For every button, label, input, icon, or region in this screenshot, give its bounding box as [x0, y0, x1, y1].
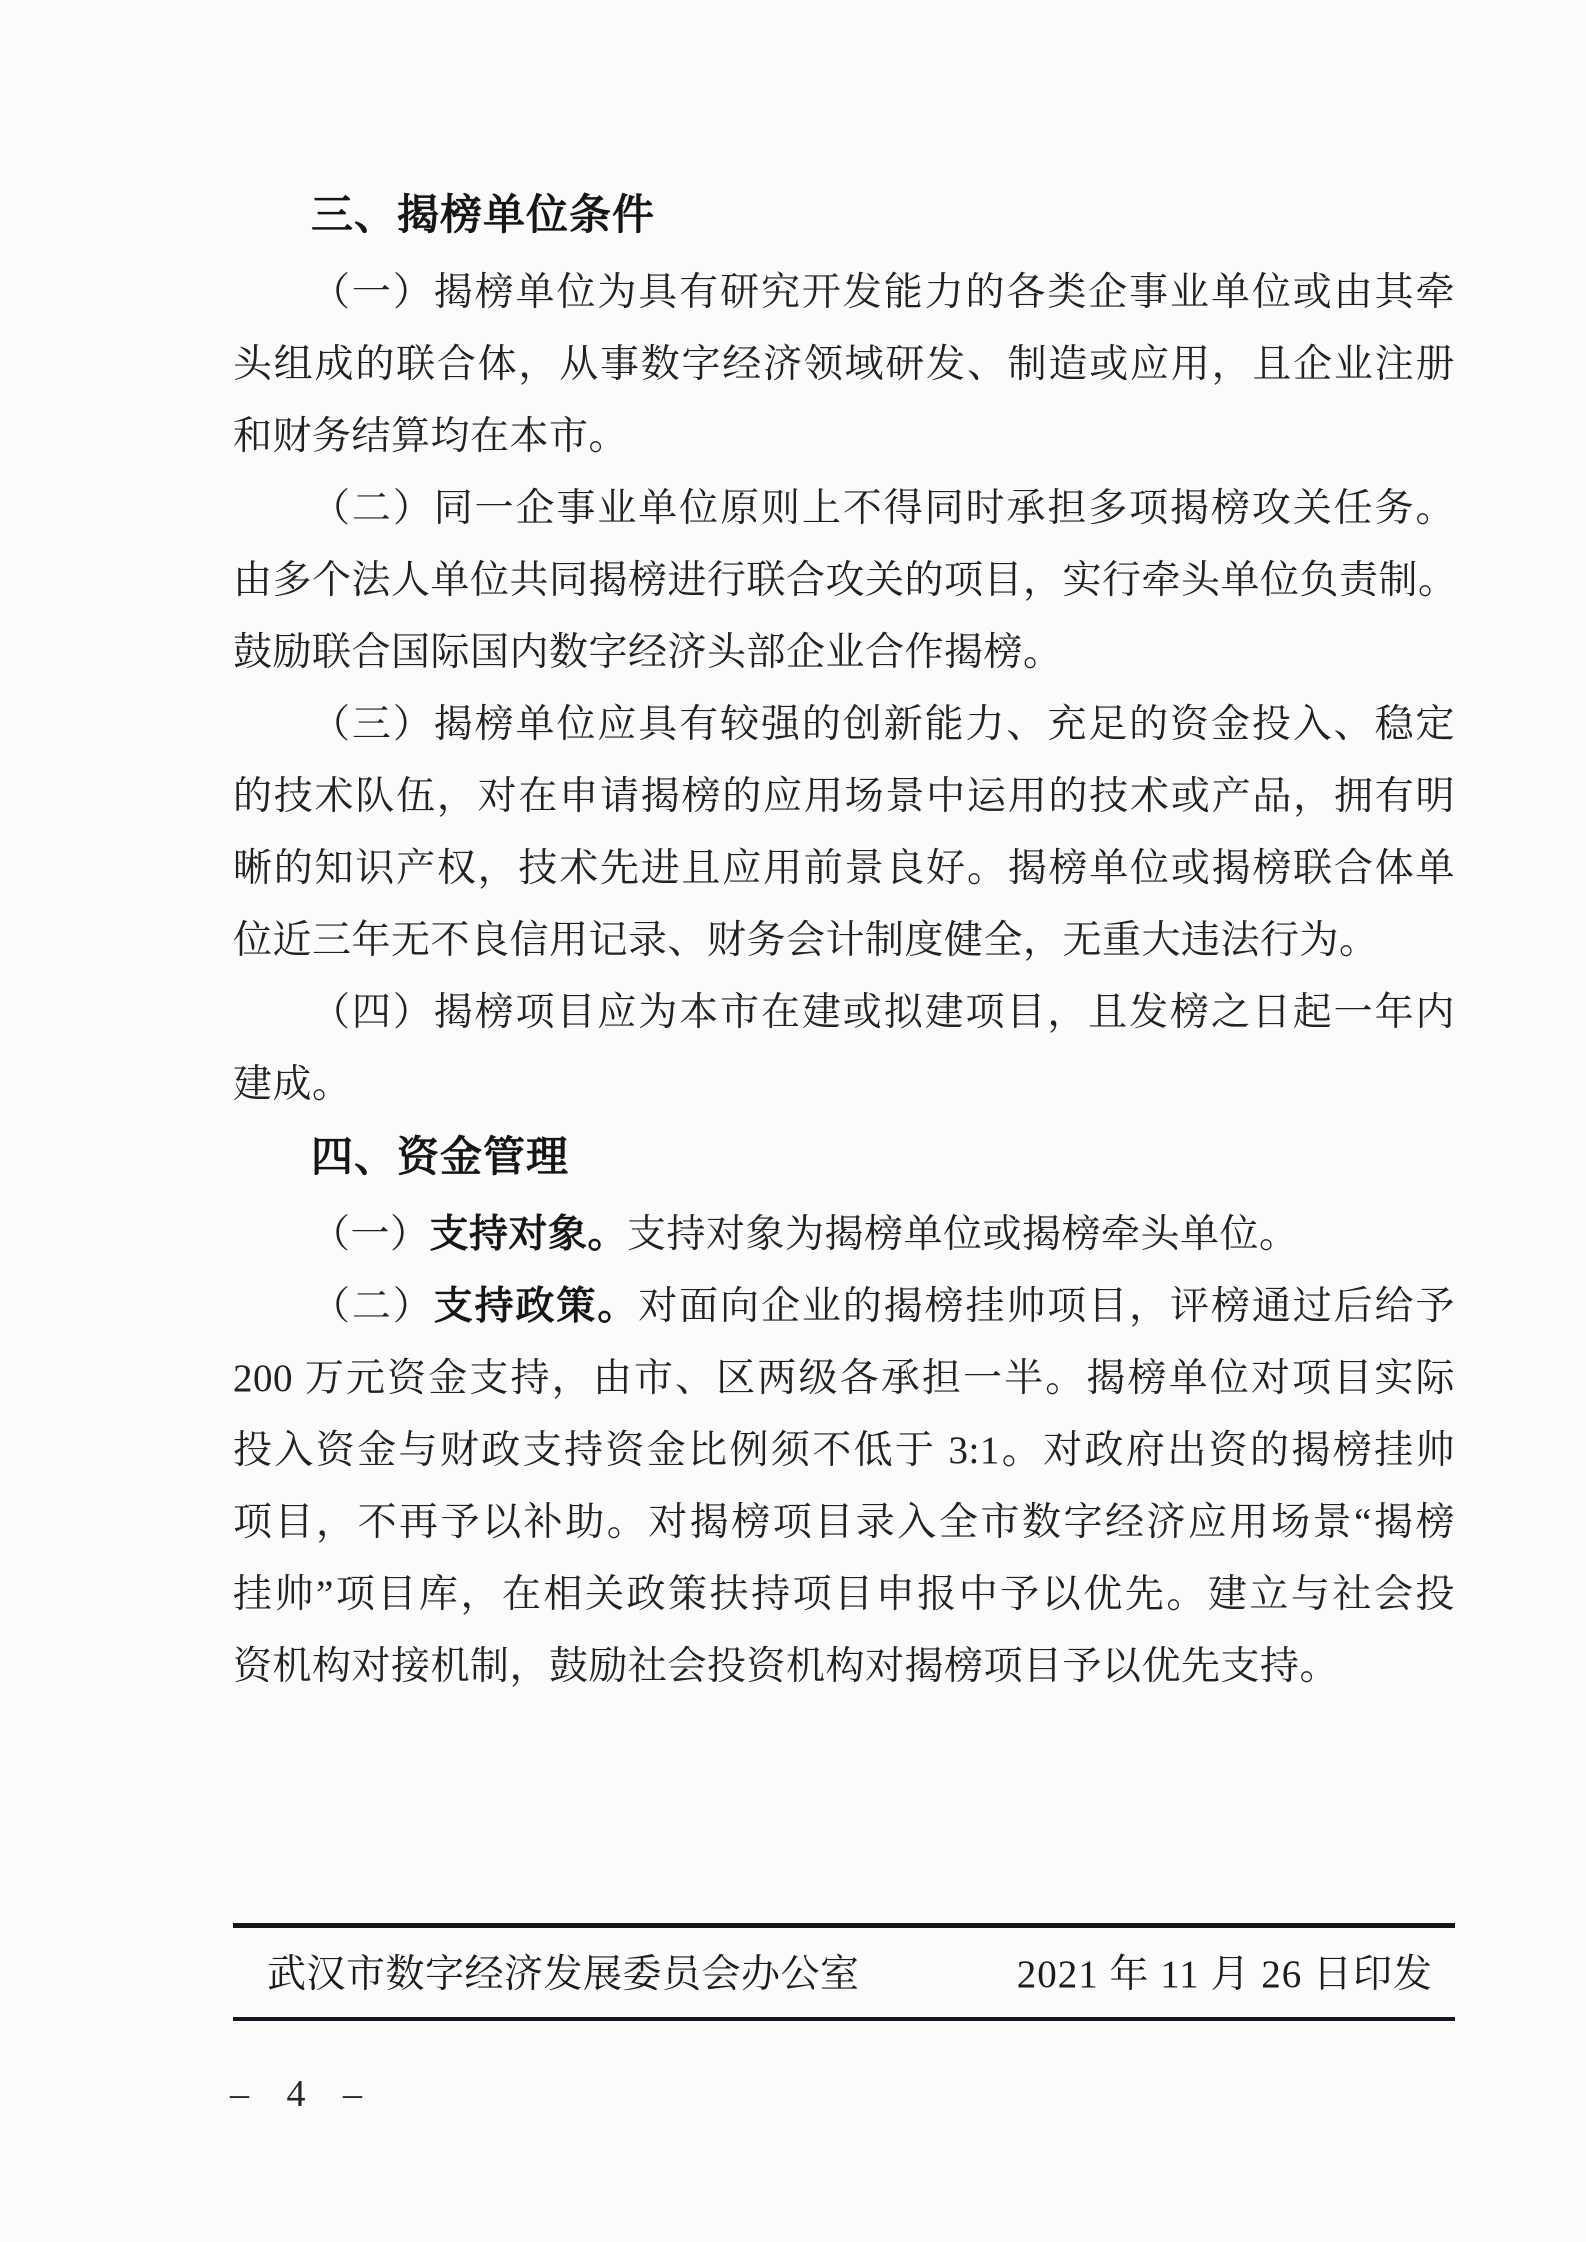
text-line: （二）同一企事业单位原则上不得同时承担多项揭榜攻关任务。 [233, 473, 1455, 545]
text-line: 和财务结算均在本市。 [233, 401, 1455, 473]
text-run: 鼓励联合国际国内数字经济头部企业合作揭榜。 [233, 631, 1063, 674]
text-line: （一）支持对象。支持对象为揭榜单位或揭榜牵头单位。 [233, 1199, 1455, 1271]
text-run: 建成。 [233, 1063, 352, 1106]
text-line: （二）支持政策。对面向企业的揭榜挂帅项目，评榜通过后给予 [233, 1271, 1455, 1343]
paragraph: （三）揭榜单位应具有较强的创新能力、充足的资金投入、稳定的技术队伍，对在申请揭榜… [233, 689, 1455, 977]
text-run-bold: 支持对象。 [430, 1213, 628, 1256]
footer-top-rule [233, 1923, 1455, 1928]
text-run: 项目，不再予以补助。对揭榜项目录入全市数字经济应用场景“揭榜 [233, 1501, 1455, 1544]
text-run: 资机构对接机制，鼓励社会投资机构对揭榜项目予以优先支持。 [233, 1645, 1339, 1688]
text-line: 项目，不再予以补助。对揭榜项目录入全市数字经济应用场景“揭榜 [233, 1487, 1455, 1559]
document-section: 三、揭榜单位条件（一）揭榜单位为具有研究开发能力的各类企事业单位或由其牵头组成的… [233, 179, 1455, 1121]
text-run: 投入资金与财政支持资金比例须不低于 3:1。对政府出资的揭榜挂帅 [233, 1429, 1455, 1472]
footer-issuer: 武汉市数字经济发展委员会办公室 [267, 1939, 860, 2011]
paragraph: （四）揭榜项目应为本市在建或拟建项目，且发榜之日起一年内建成。 [233, 977, 1455, 1121]
text-line: 资机构对接机制，鼓励社会投资机构对揭榜项目予以优先支持。 [233, 1631, 1455, 1703]
section-heading: 四、资金管理 [233, 1121, 1455, 1193]
text-run: （二）同一企事业单位原则上不得同时承担多项揭榜攻关任务。 [311, 487, 1455, 530]
footer-row: 武汉市数字经济发展委员会办公室 2021 年 11 月 26 日印发 [233, 1939, 1455, 2011]
text-line: 投入资金与财政支持资金比例须不低于 3:1。对政府出资的揭榜挂帅 [233, 1415, 1455, 1487]
text-run: 支持对象为揭榜单位或揭榜牵头单位。 [627, 1213, 1299, 1256]
text-run: （一）揭榜单位为具有研究开发能力的各类企事业单位或由其牵 [311, 271, 1455, 314]
footer-bottom-rule [233, 2017, 1455, 2021]
paragraph: （二）同一企事业单位原则上不得同时承担多项揭榜攻关任务。由多个法人单位共同揭榜进… [233, 473, 1455, 689]
text-line: 鼓励联合国际国内数字经济头部企业合作揭榜。 [233, 617, 1455, 689]
text-run: （一） [311, 1213, 430, 1256]
page-number: – 4 – [230, 2058, 376, 2130]
text-line: （四）揭榜项目应为本市在建或拟建项目，且发榜之日起一年内 [233, 977, 1455, 1049]
text-run: 挂帅”项目库，在相关政策扶持项目申报中予以优先。建立与社会投 [233, 1573, 1455, 1616]
text-run: 200 万元资金支持，由市、区两级各承担一半。揭榜单位对项目实际 [233, 1357, 1455, 1400]
text-line: 的技术队伍，对在申请揭榜的应用场景中运用的技术或产品，拥有明 [233, 761, 1455, 833]
text-run: 和财务结算均在本市。 [233, 415, 628, 458]
text-run: 的技术队伍，对在申请揭榜的应用场景中运用的技术或产品，拥有明 [233, 775, 1455, 818]
text-line: 挂帅”项目库，在相关政策扶持项目申报中予以优先。建立与社会投 [233, 1559, 1455, 1631]
text-line: 建成。 [233, 1049, 1455, 1121]
text-line: 头组成的联合体，从事数字经济领域研发、制造或应用，且企业注册 [233, 329, 1455, 401]
text-line: 200 万元资金支持，由市、区两级各承担一半。揭榜单位对项目实际 [233, 1343, 1455, 1415]
document-section: 四、资金管理（一）支持对象。支持对象为揭榜单位或揭榜牵头单位。（二）支持政策。对… [233, 1121, 1455, 1703]
paragraph: （一）支持对象。支持对象为揭榜单位或揭榜牵头单位。 [233, 1199, 1455, 1271]
text-run: 晰的知识产权，技术先进且应用前景良好。揭榜单位或揭榜联合体单 [233, 847, 1455, 890]
text-line: （一）揭榜单位为具有研究开发能力的各类企事业单位或由其牵 [233, 257, 1455, 329]
text-line: （三）揭榜单位应具有较强的创新能力、充足的资金投入、稳定 [233, 689, 1455, 761]
text-line: 由多个法人单位共同揭榜进行联合攻关的项目，实行牵头单位负责制。 [233, 545, 1455, 617]
scanned-document-page: { "page": { "background": "#fcfbfa", "in… [0, 0, 1586, 2242]
footer-print-date: 2021 年 11 月 26 日印发 [1017, 1939, 1433, 2011]
text-run: （四）揭榜项目应为本市在建或拟建项目，且发榜之日起一年内 [311, 991, 1455, 1034]
text-line: 位近三年无不良信用记录、财务会计制度健全，无重大违法行为。 [233, 905, 1455, 977]
text-run: 对面向企业的揭榜挂帅项目，评榜通过后给予 [638, 1285, 1455, 1328]
text-run-bold: 支持政策。 [434, 1285, 639, 1328]
text-run: （三）揭榜单位应具有较强的创新能力、充足的资金投入、稳定 [311, 703, 1455, 746]
text-line: 晰的知识产权，技术先进且应用前景良好。揭榜单位或揭榜联合体单 [233, 833, 1455, 905]
section-heading: 三、揭榜单位条件 [233, 179, 1455, 251]
text-run: （二） [311, 1285, 434, 1328]
text-run: 位近三年无不良信用记录、财务会计制度健全，无重大违法行为。 [233, 919, 1379, 962]
paragraph: （二）支持政策。对面向企业的揭榜挂帅项目，评榜通过后给予200 万元资金支持，由… [233, 1271, 1455, 1703]
text-run: 头组成的联合体，从事数字经济领域研发、制造或应用，且企业注册 [233, 343, 1455, 386]
paragraph: （一）揭榜单位为具有研究开发能力的各类企事业单位或由其牵头组成的联合体，从事数字… [233, 257, 1455, 473]
text-run: 由多个法人单位共同揭榜进行联合攻关的项目，实行牵头单位负责制。 [233, 559, 1458, 602]
document-sections: 三、揭榜单位条件（一）揭榜单位为具有研究开发能力的各类企事业单位或由其牵头组成的… [233, 179, 1455, 1703]
